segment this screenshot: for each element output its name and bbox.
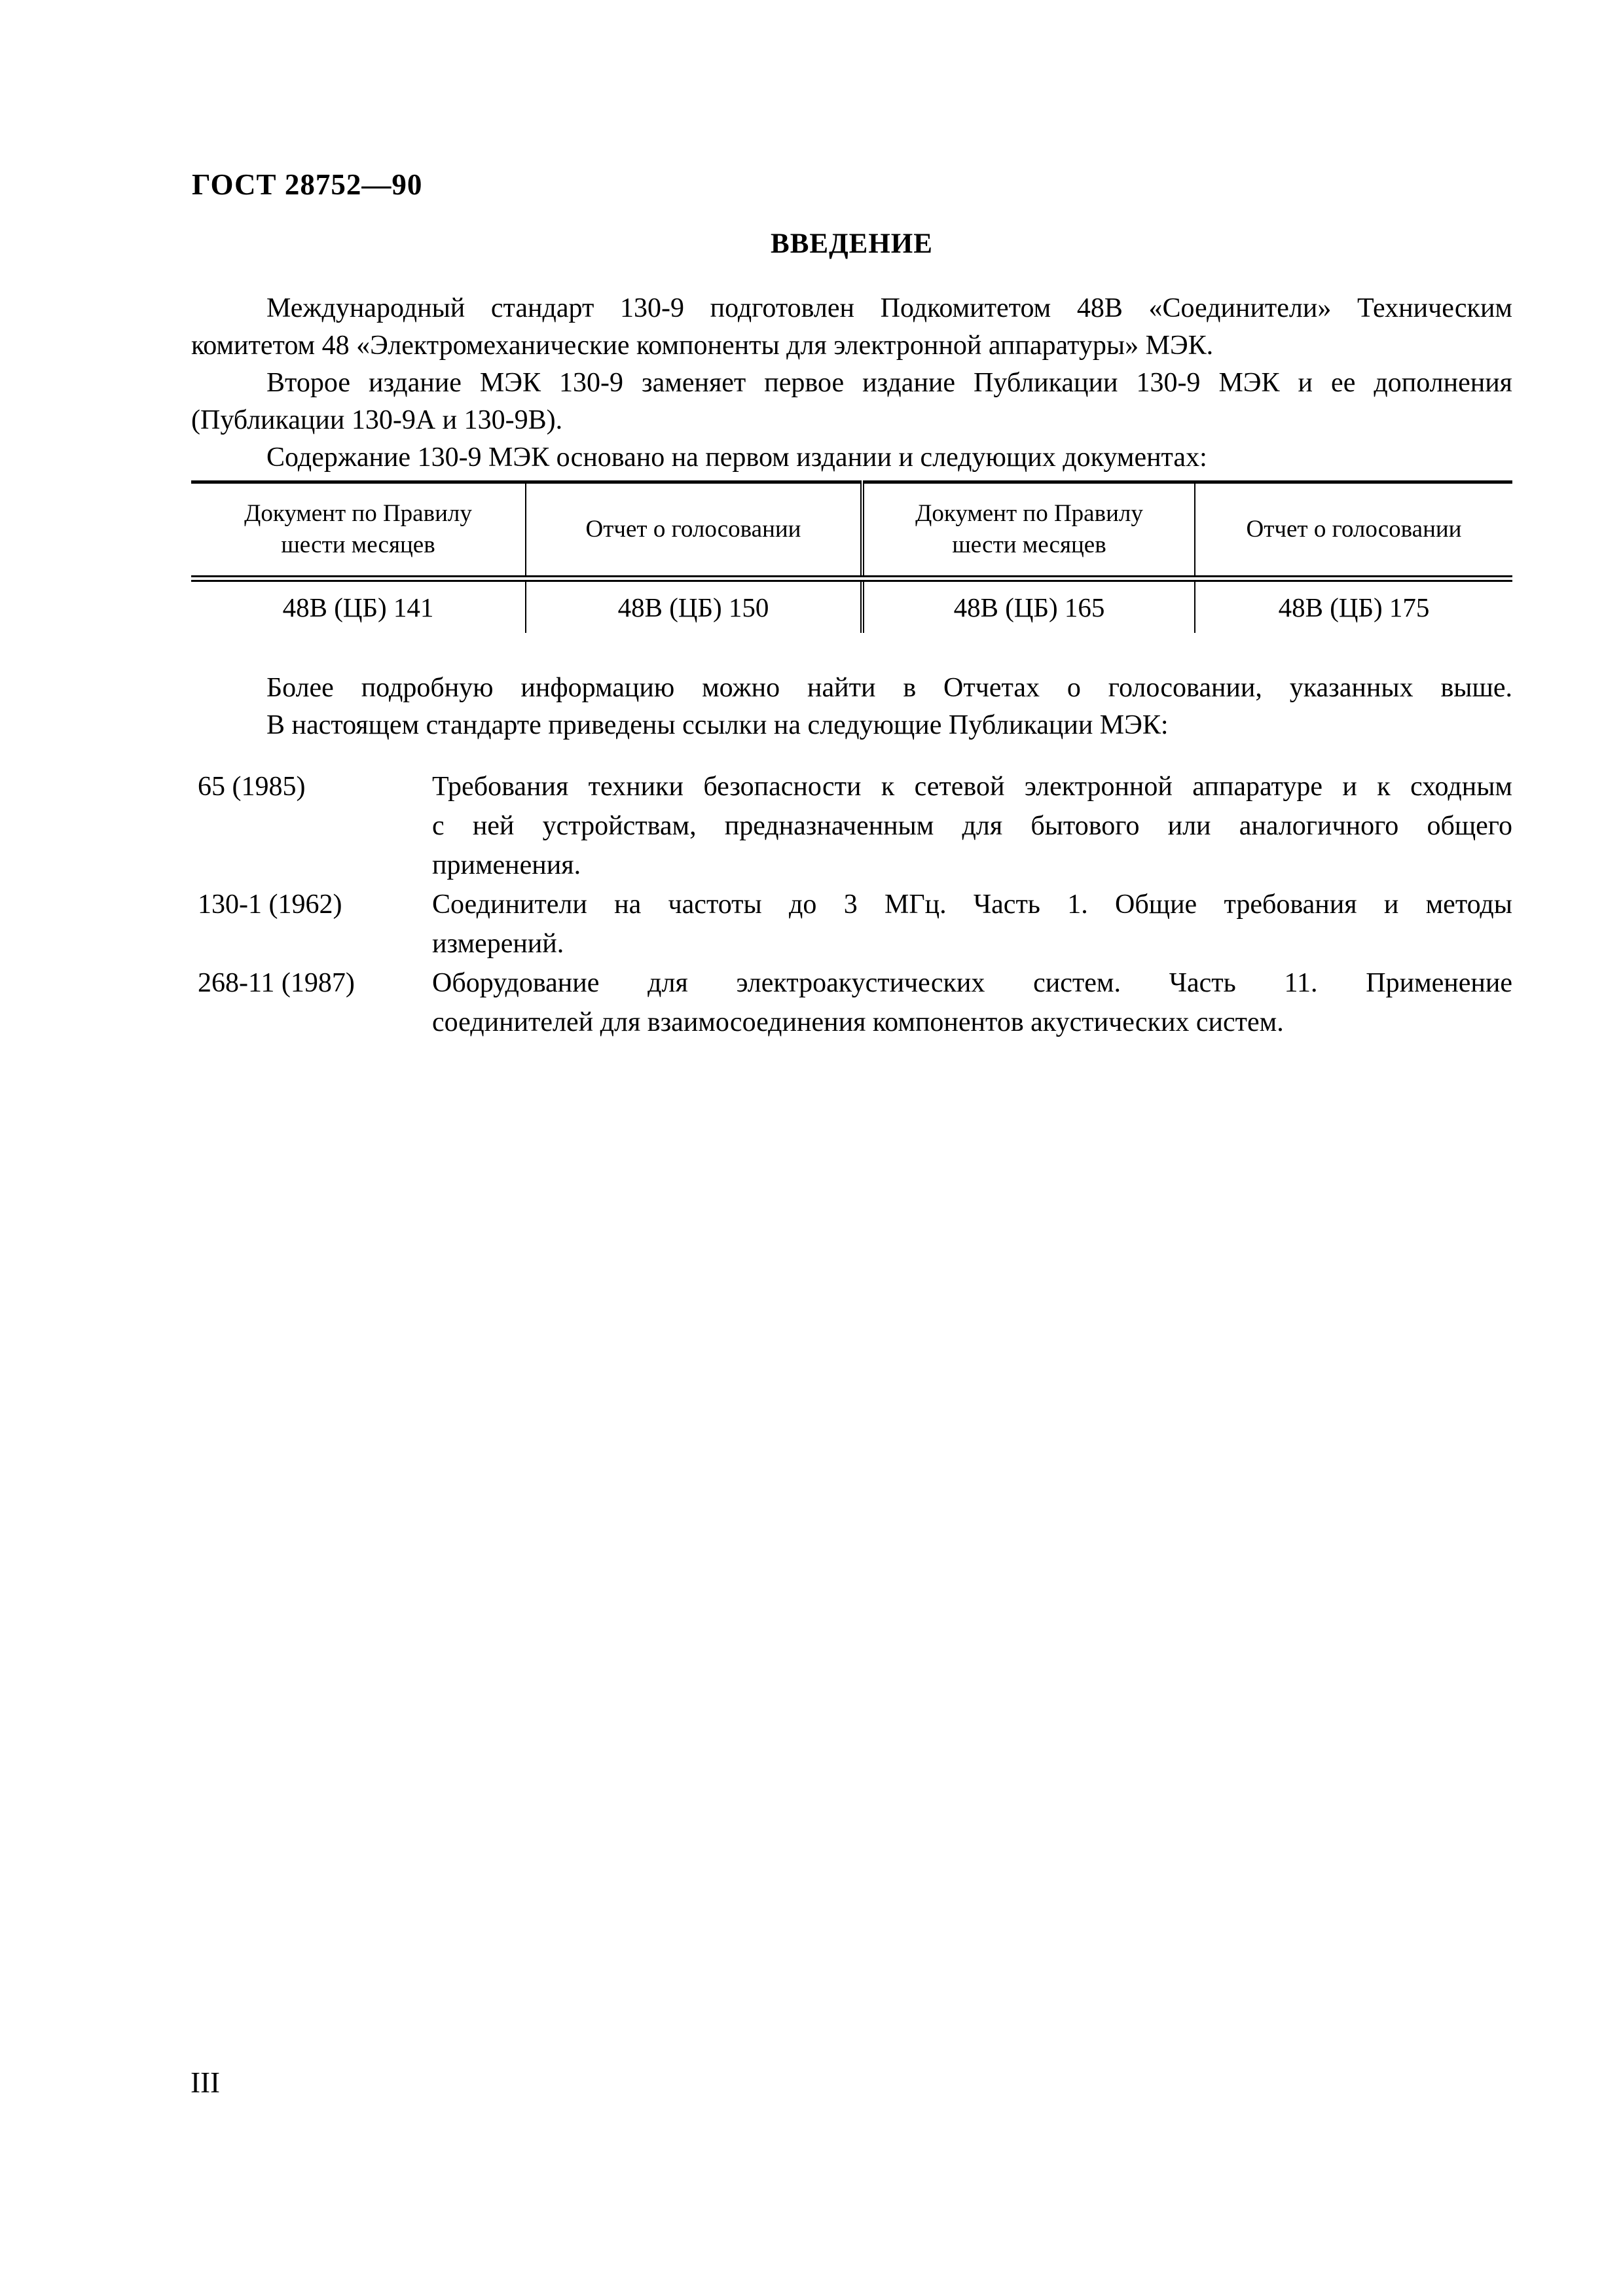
paragraph-line: применения. <box>432 846 1512 885</box>
paragraph-line: Содержание 130-9 МЭК основано на первом … <box>191 439 1512 476</box>
table-row: 48В (ЦБ) 141 48В (ЦБ) 150 48В (ЦБ) 165 4… <box>191 579 1512 633</box>
table-cell: 48В (ЦБ) 150 <box>526 579 862 633</box>
paragraph-line: комитетом 48 «Электромеханические компон… <box>191 327 1512 365</box>
table-header-cell: Отчет о голосовании <box>1195 482 1512 579</box>
voting-documents-table: Документ по Правилу шести месяцев Отчет … <box>191 480 1512 633</box>
table-header-cell: Документ по Правилу шести месяцев <box>191 482 526 579</box>
intro-section: Международный стандарт 130-9 подготовлен… <box>191 290 1512 476</box>
paragraph-line: (Публикации 130-9А и 130-9В). <box>191 402 1512 439</box>
doc-number: ГОСТ 28752—90 <box>192 168 422 202</box>
reference-description: Соединители на частоты до 3 МГц. Часть 1… <box>432 885 1512 963</box>
paragraph-line: измерений. <box>432 924 1512 963</box>
paragraph-line: Требования техники безопасности к сетево… <box>432 767 1512 806</box>
reference-code: 268-11 (1987) <box>191 963 432 1042</box>
paragraph-line: соединителей для взаимосоединения компон… <box>432 1003 1512 1042</box>
paragraph-line: Соединители на частоты до 3 МГц. Часть 1… <box>432 885 1512 924</box>
list-item: 65 (1985) Требования техники безопасност… <box>191 767 1512 885</box>
table-header-row: Документ по Правилу шести месяцев Отчет … <box>191 482 1512 579</box>
paragraph-line: Второе издание МЭК 130-9 заменяет первое… <box>191 365 1512 402</box>
paragraph-line: Международный стандарт 130-9 подготовлен… <box>191 290 1512 327</box>
table-header-cell: Документ по Правилу шести месяцев <box>862 482 1195 579</box>
paragraph-line: с ней устройствам, предназначенным для б… <box>432 806 1512 846</box>
table-cell: 48В (ЦБ) 165 <box>862 579 1195 633</box>
page-number: III <box>191 2066 220 2100</box>
document-page: ГОСТ 28752—90 ВВЕДЕНИЕ Международный ста… <box>0 0 1623 2296</box>
reference-code: 65 (1985) <box>191 767 432 885</box>
list-item: 130-1 (1962) Соединители на частоты до 3… <box>191 885 1512 963</box>
reference-description: Оборудование для электроакустических сис… <box>432 963 1512 1042</box>
table-header-cell: Отчет о голосовании <box>526 482 862 579</box>
table-cell: 48В (ЦБ) 141 <box>191 579 526 633</box>
paragraph-line: В настоящем стандарте приведены ссылки н… <box>191 707 1512 744</box>
table-cell: 48В (ЦБ) 175 <box>1195 579 1512 633</box>
reference-description: Требования техники безопасности к сетево… <box>432 767 1512 885</box>
page-title: ВВЕДЕНИЕ <box>191 228 1512 260</box>
paragraph-line: Оборудование для электроакустических сис… <box>432 963 1512 1003</box>
paragraph-line: Более подробную информацию можно найти в… <box>191 670 1512 707</box>
references-list: 65 (1985) Требования техники безопасност… <box>191 767 1512 1042</box>
reference-code: 130-1 (1962) <box>191 885 432 963</box>
after-table-section: Более подробную информацию можно найти в… <box>191 670 1512 744</box>
list-item: 268-11 (1987) Оборудование для электроак… <box>191 963 1512 1042</box>
